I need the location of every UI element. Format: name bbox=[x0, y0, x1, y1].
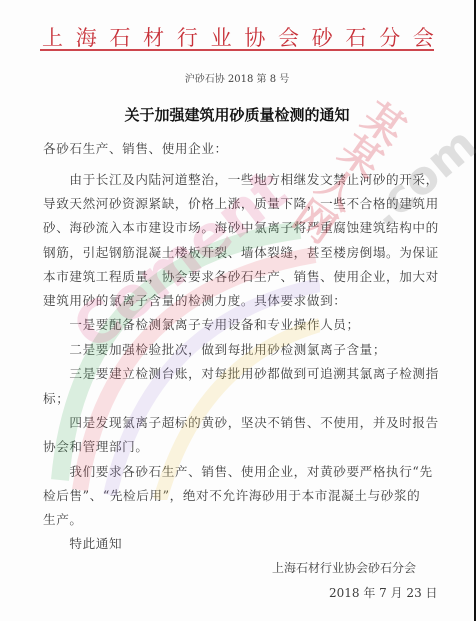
signature-organization: 上海石材行业协会砂石分会 bbox=[272, 559, 416, 576]
body-line: 导致天然河砂资源紧缺，价格上涨，质量下降，一些不合格的建筑用 bbox=[43, 193, 439, 212]
letterhead-char: 分 bbox=[379, 22, 400, 52]
body-line: 我们要求各砂石生产、销售、使用企业，对黄砂要严格执行“先 bbox=[43, 461, 433, 480]
letterhead-rule bbox=[40, 49, 434, 51]
body-line: 由于长江及内陆河道整治，一些地方相继发文禁止河砂的开采， bbox=[43, 169, 439, 188]
letterhead-char: 会 bbox=[413, 22, 434, 52]
letterhead-char: 协 bbox=[244, 22, 265, 52]
closing-line: 特此通知 bbox=[43, 533, 122, 552]
letterhead: 上 海 石 材 行 业 协 会 砂 石 分 会 bbox=[42, 24, 434, 50]
list-item-continued: 标； bbox=[43, 388, 69, 407]
letterhead-char: 会 bbox=[278, 22, 299, 52]
letterhead-char: 业 bbox=[211, 22, 232, 52]
letterhead-char: 上 bbox=[42, 22, 63, 52]
salutation: 各砂石生产、销售、使用企业： bbox=[43, 138, 228, 157]
document-number: 沪砂石协 2018 第 8 号 bbox=[0, 70, 474, 85]
body-line: 本市建筑工程质量，协会要求各砂石生产、销售、使用企业，加大对 bbox=[43, 266, 439, 285]
letterhead-char: 石 bbox=[109, 22, 130, 52]
list-item: 三是要建立检测台账，对每批用砂都做到可追溯其氯离子检测指 bbox=[43, 363, 439, 382]
body-line: 检后售”、“先检后用”，绝对不允许海砂用于本市混凝土与砂浆的 bbox=[43, 485, 420, 504]
list-item: 二是要加强检验批次，做到每批用砂检测氯离子含量； bbox=[43, 339, 386, 358]
letterhead-char: 砂 bbox=[312, 22, 333, 52]
letterhead-char: 海 bbox=[76, 22, 97, 52]
signature-date: 2018 年 7 月 23 日 bbox=[329, 584, 438, 601]
list-item-continued: 协会和管理部门。 bbox=[43, 436, 149, 455]
letterhead-char: 石 bbox=[345, 22, 366, 52]
list-item: 四是发现氯离子超标的黄砂，坚决不销售、不使用，并及时报告 bbox=[43, 412, 439, 431]
document-page: 上 海 石 材 行 业 协 会 砂 石 分 会 沪砂石协 2018 第 8 号 … bbox=[0, 0, 476, 621]
letterhead-char: 材 bbox=[143, 22, 164, 52]
body-line: 砂、海砂流入本市建设市场。海砂中氯离子将严重腐蚀建筑结构中的 bbox=[43, 217, 439, 236]
letterhead-char: 行 bbox=[177, 22, 198, 52]
body-line: 生产。 bbox=[43, 509, 83, 528]
body-line: 建筑用砂的氯离子含量的检测力度。具体要求做到： bbox=[43, 290, 346, 309]
body-line: 钢筋，引起钢筋混凝土楼板开裂、墙体裂缝，甚至楼房倒塌。为保证 bbox=[43, 242, 439, 261]
list-item: 一是要配备检测氯离子专用设备和专业操作人员； bbox=[43, 314, 360, 333]
document-title: 关于加强建筑用砂质量检测的通知 bbox=[0, 104, 474, 125]
